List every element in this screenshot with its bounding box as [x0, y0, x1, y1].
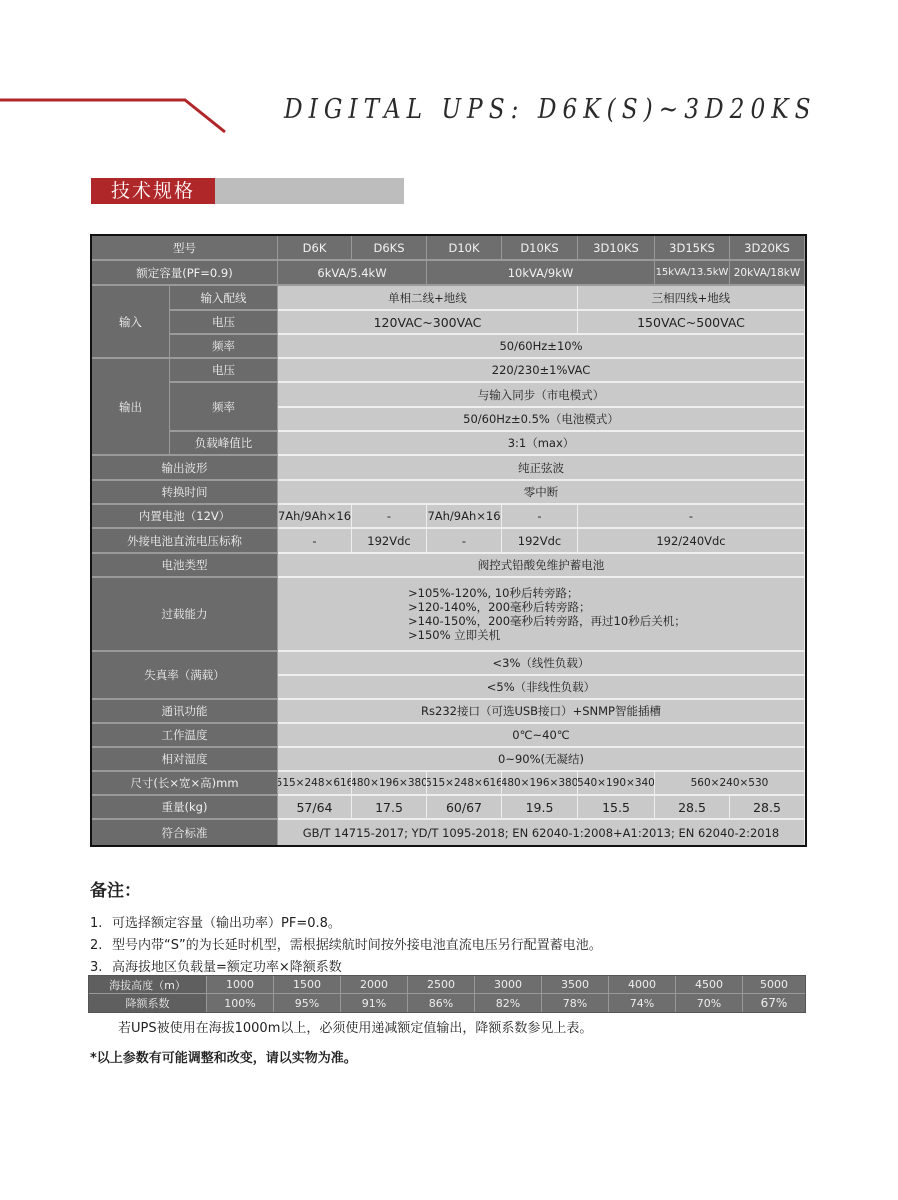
humidity-label: 相对湿度	[92, 748, 278, 772]
spec-table: 型号 D6K D6KS D10K D10KS 3D10KS 3D15KS 3D2…	[90, 234, 807, 847]
waveform-label: 输出波形	[92, 456, 278, 481]
output-frequency-label: 频率	[170, 383, 278, 432]
disclaimer: *以上参数有可能调整和改变，请以实物为准。	[90, 1047, 357, 1066]
dimensions-value: 540×190×340	[578, 772, 655, 796]
dimensions-value: 560×240×530	[655, 772, 805, 796]
dimensions-label: 尺寸(长×宽×高)mm	[92, 772, 278, 796]
operating-temp-label: 工作温度	[92, 724, 278, 748]
input-wiring-value: 三相四线+地线	[578, 286, 805, 311]
battery-type-value: 阀控式铅酸免维护蓄电池	[278, 554, 805, 578]
rated-capacity-label: 额定容量(PF=0.9)	[92, 261, 278, 286]
output-frequency-value: 50/60Hz±0.5%（电池模式）	[278, 408, 805, 432]
overload-line: >150% 立即关机	[408, 628, 500, 642]
dimensions-value: 515×248×616	[427, 772, 502, 796]
input-voltage-value: 150VAC~500VAC	[578, 311, 805, 335]
transfer-time-value: 零中断	[278, 481, 805, 505]
crest-factor-value: 3:1（max）	[278, 432, 805, 456]
weight-value: 17.5	[352, 796, 427, 820]
derating-label: 降额系数	[89, 994, 207, 1012]
overload-line: >105%-120%, 10秒后转旁路；	[408, 586, 578, 600]
thd-value: <5%（非线性负载）	[278, 676, 805, 700]
derating-value: 100%	[207, 994, 274, 1012]
notes-title: 备注：	[90, 876, 141, 901]
internal-battery-value: -	[502, 505, 578, 529]
output-group-label: 输出	[92, 359, 170, 456]
internal-battery-label: 内置电池（12V）	[92, 505, 278, 529]
thd-value: <3%（线性负载）	[278, 652, 805, 676]
altitude-value: 3000	[475, 976, 542, 994]
model-header: D6KS	[352, 236, 427, 261]
external-battery-value: 192/240Vdc	[578, 529, 805, 554]
internal-battery-value: 7Ah/9Ah×16	[278, 505, 352, 529]
derating-value: 82%	[475, 994, 542, 1012]
overload-line: >140-150%，200毫秒后转旁路，再过10秒后关机；	[408, 614, 686, 628]
weight-value: 60/67	[427, 796, 502, 820]
model-header: D6K	[278, 236, 352, 261]
operating-temp-value: 0℃~40℃	[278, 724, 805, 748]
model-header: D10K	[427, 236, 502, 261]
altitude-value: 4500	[676, 976, 743, 994]
external-battery-value: -	[427, 529, 502, 554]
crest-factor-label: 负载峰值比	[170, 432, 278, 456]
overload-label: 过载能力	[92, 578, 278, 652]
rated-capacity-value: 15kVA/13.5kW	[655, 261, 730, 286]
dimensions-value: 480×196×380	[502, 772, 578, 796]
weight-value: 57/64	[278, 796, 352, 820]
weight-label: 重量(kg)	[92, 796, 278, 820]
derating-value: 95%	[274, 994, 341, 1012]
model-label: 型号	[92, 236, 278, 261]
model-header: 3D10KS	[578, 236, 655, 261]
derating-value: 86%	[408, 994, 475, 1012]
input-group-label: 输入	[92, 286, 170, 359]
humidity-value: 0~90%(无凝结)	[278, 748, 805, 772]
input-wiring-value: 单相二线+地线	[278, 286, 578, 311]
input-frequency-label: 频率	[170, 335, 278, 359]
transfer-time-label: 转换时间	[92, 481, 278, 505]
output-voltage-value: 220/230±1%VAC	[278, 359, 805, 383]
input-frequency-value: 50/60Hz±10%	[278, 335, 805, 359]
header-accent-line	[0, 0, 898, 150]
note-item: 1.可选择额定容量（输出功率）PF=0.8。	[90, 912, 341, 931]
thd-label: 失真率（满载）	[92, 652, 278, 700]
altitude-note: 若UPS被使用在海拔1000m以上，必须使用递减额定值输出，降额系数参见上表。	[118, 1017, 592, 1036]
communication-value: Rs232接口（可选USB接口）+SNMP智能插槽	[278, 700, 805, 724]
derating-value: 91%	[341, 994, 408, 1012]
input-voltage-label: 电压	[170, 311, 278, 335]
altitude-value: 4000	[609, 976, 676, 994]
external-battery-label: 外接电池直流电压标称	[92, 529, 278, 554]
output-voltage-label: 电压	[170, 359, 278, 383]
note-item: 2.型号内带“S”的为长延时机型，需根据续航时间按外接电池直流电压另行配置蓄电池…	[90, 934, 602, 953]
weight-value: 28.5	[655, 796, 730, 820]
rated-capacity-value: 20kVA/18kW	[730, 261, 805, 286]
derating-value: 70%	[676, 994, 743, 1012]
altitude-value: 2000	[341, 976, 408, 994]
model-header: 3D20KS	[730, 236, 805, 261]
altitude-value: 3500	[542, 976, 609, 994]
model-header: 3D15KS	[655, 236, 730, 261]
altitude-label: 海拔高度（m）	[89, 976, 207, 994]
standards-label: 符合标准	[92, 820, 278, 845]
internal-battery-value: -	[578, 505, 805, 529]
page-title: DIGITAL UPS: D6K(S)~3D20KS	[284, 94, 817, 125]
derating-value: 74%	[609, 994, 676, 1012]
section-heading: 技术规格	[91, 178, 215, 204]
internal-battery-value: -	[352, 505, 427, 529]
note-item: 3.高海拔地区负载量=额定功率×降额系数	[90, 956, 342, 975]
communication-label: 通讯功能	[92, 700, 278, 724]
altitude-value: 5000	[743, 976, 805, 994]
external-battery-value: 192Vdc	[502, 529, 578, 554]
altitude-derating-table: 海拔高度（m） 降额系数 1000 1500 2000 2500 3000 35…	[88, 975, 806, 1013]
external-battery-value: -	[278, 529, 352, 554]
internal-battery-value: 7Ah/9Ah×16	[427, 505, 502, 529]
altitude-value: 2500	[408, 976, 475, 994]
standards-value: GB/T 14715-2017; YD/T 1095-2018; EN 6204…	[278, 820, 805, 845]
weight-value: 28.5	[730, 796, 805, 820]
dimensions-value: 480×196×380	[352, 772, 427, 796]
weight-value: 15.5	[578, 796, 655, 820]
input-voltage-value: 120VAC~300VAC	[278, 311, 578, 335]
rated-capacity-value: 10kVA/9kW	[427, 261, 655, 286]
input-wiring-label: 输入配线	[170, 286, 278, 311]
derating-value: 78%	[542, 994, 609, 1012]
rated-capacity-value: 6kVA/5.4kW	[278, 261, 427, 286]
dimensions-value: 515×248×616	[278, 772, 352, 796]
model-header: D10KS	[502, 236, 578, 261]
output-frequency-value: 与输入同步（市电模式）	[278, 383, 805, 408]
altitude-value: 1000	[207, 976, 274, 994]
overload-line: >120-140%，200毫秒后转旁路；	[408, 600, 591, 614]
derating-value: 67%	[743, 994, 805, 1012]
weight-value: 19.5	[502, 796, 578, 820]
altitude-value: 1500	[274, 976, 341, 994]
overload-value: >105%-120%, 10秒后转旁路； >120-140%，200毫秒后转旁路…	[278, 578, 805, 652]
waveform-value: 纯正弦波	[278, 456, 805, 481]
battery-type-label: 电池类型	[92, 554, 278, 578]
external-battery-value: 192Vdc	[352, 529, 427, 554]
